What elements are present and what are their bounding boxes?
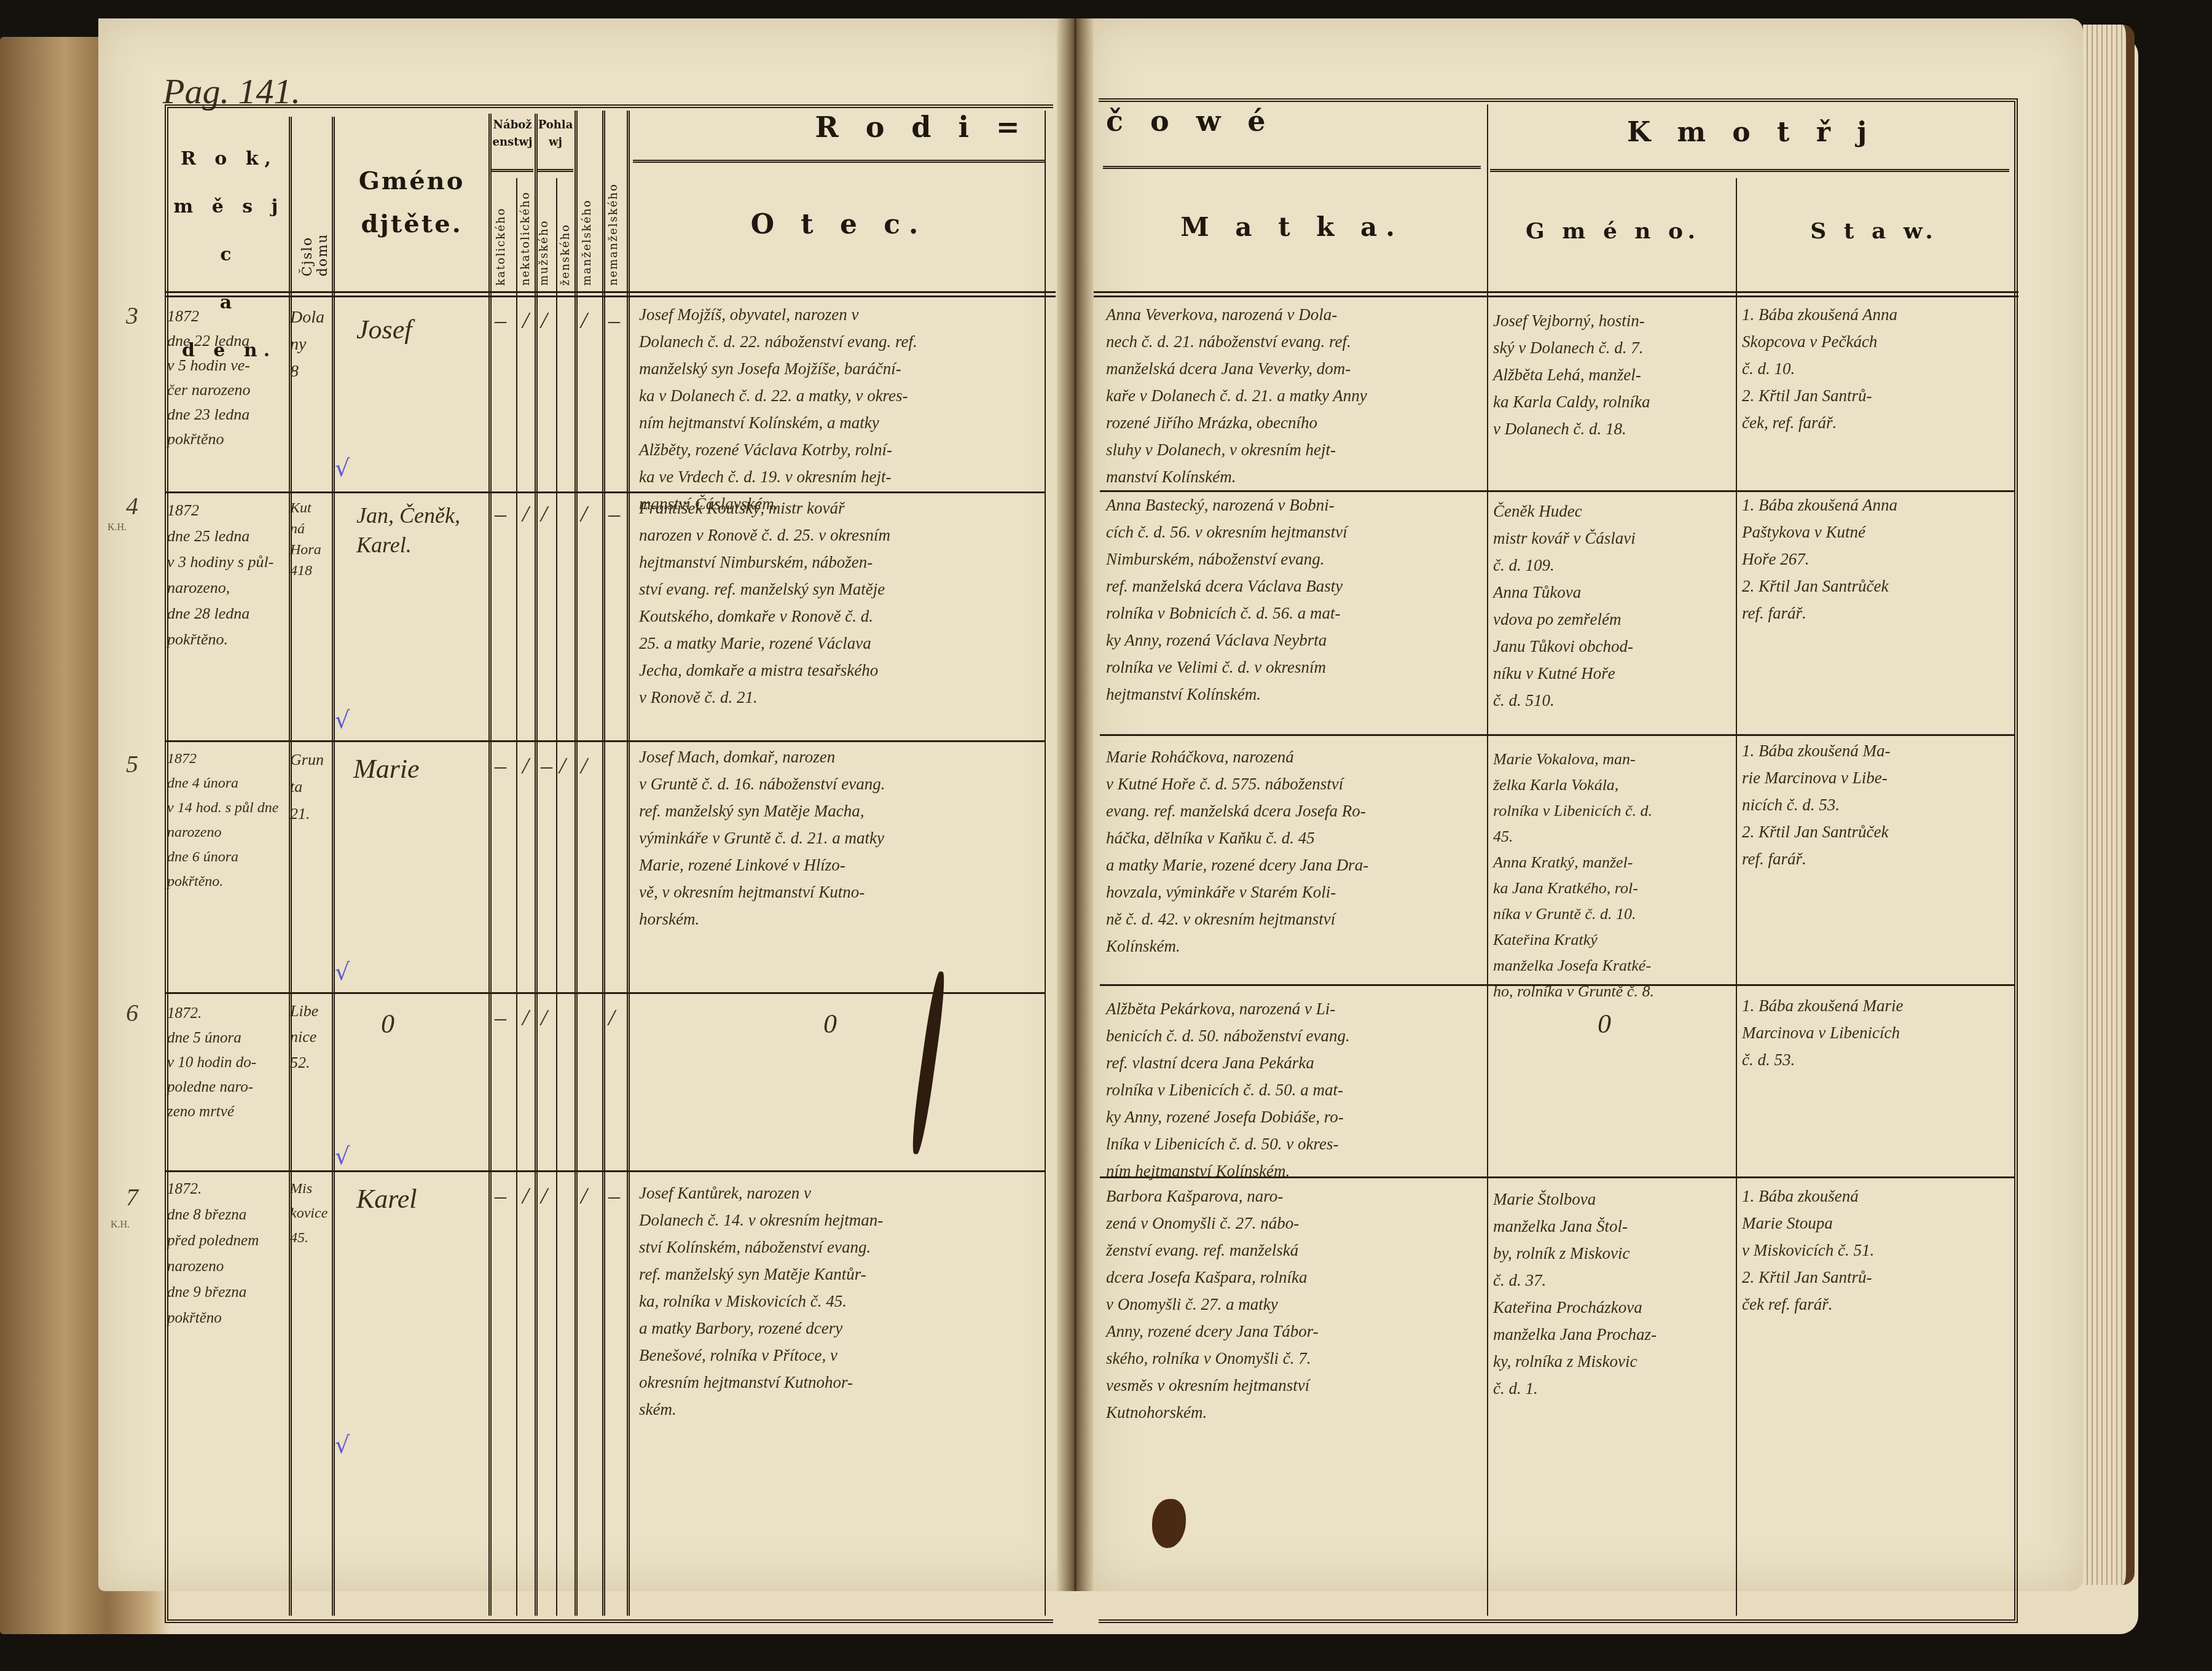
entry-house: Kut ná Hora 418 — [290, 498, 332, 581]
row-divider — [166, 1170, 1045, 1172]
pencil-check-icon: √ — [335, 1431, 350, 1458]
subheader-rule — [492, 169, 533, 172]
header-father: O t e c. — [633, 209, 1045, 240]
entry-number: 3 — [126, 301, 138, 330]
pencil-check-icon: √ — [335, 455, 350, 482]
entry-mother: Anna Veverkova, narozená v Dola- nech č.… — [1106, 301, 1487, 490]
col-rule — [1736, 178, 1737, 1616]
header-sex: Pohlawj — [538, 117, 573, 151]
entry-mark: / — [559, 753, 566, 780]
header-house-number: Čjslo domu — [300, 190, 331, 276]
header-mother: M a t k a. — [1103, 212, 1481, 242]
col-rule — [332, 117, 335, 1616]
entry-father: Josef Kantůrek, narozen v Dolanech č. 14… — [639, 1180, 1045, 1423]
entry-mark: – — [495, 307, 506, 334]
entry-margin-note: K.H. — [108, 522, 127, 533]
entry-godparent-status: 1. Bába zkoušená Marie Stoupa v Miskovic… — [1742, 1183, 2012, 1318]
entry-house: Grun ta 21. — [290, 746, 332, 828]
entry-mark: / — [541, 307, 547, 334]
header-catholic: katolického — [495, 184, 508, 286]
header-female: ženského — [559, 184, 572, 286]
entry-mother: Marie Roháčkova, narozená v Kutné Hoře č… — [1106, 743, 1487, 960]
entry-child-name: Josef — [356, 313, 485, 346]
row-divider — [1100, 734, 2015, 736]
col-rule — [1045, 111, 1046, 1616]
header-divider-right — [1094, 291, 2018, 297]
entry-date: 1872 dne 4 února v 14 hod. s půl dne nar… — [167, 746, 290, 894]
entry-mark: / — [522, 1183, 529, 1210]
entry-margin-note: K.H. — [111, 1219, 130, 1231]
book-fore-edge — [2083, 25, 2135, 1585]
header-line: Gméno — [338, 160, 485, 203]
entry-godparent-name: Marie Štolbova manželka Jana Štol- by, r… — [1493, 1186, 1736, 1402]
entry-mark: / — [581, 307, 587, 334]
book-gutter — [1057, 18, 1094, 1591]
entry-child-name: Jan, Čeněk, Karel. — [356, 501, 488, 560]
col-rule — [1487, 104, 1488, 1616]
entry-godparent-name: Marie Vokalova, man- želka Karla Vokála,… — [1493, 746, 1736, 1004]
entry-mark: / — [608, 1004, 615, 1031]
col-rule — [627, 111, 630, 1616]
header-godparent-status: S t a w. — [1739, 218, 2009, 244]
entry-godparent-name: Josef Vejborný, hostin- ský v Dolanech č… — [1493, 307, 1736, 442]
header-illegitimate: nemanželského — [607, 166, 620, 286]
entry-godparent-status: 1. Bába zkoušená Anna Skopcova v Pečkách… — [1742, 301, 2012, 436]
col-rule — [488, 114, 492, 1616]
entry-number: 5 — [126, 749, 138, 778]
entry-mother: Barbora Kašparova, naro- zená v Onomyšli… — [1106, 1183, 1487, 1426]
entry-mark: – — [608, 307, 620, 334]
entry-godparent-status: 1. Bába zkoušená Marie Marcinova v Liben… — [1742, 992, 2012, 1073]
entry-house: Libe nice 52. — [290, 998, 332, 1076]
header-godparents: K m o t ř j — [1490, 117, 2012, 148]
entry-mother: Anna Bastecký, narozená v Bobni- cích č.… — [1106, 491, 1487, 708]
col-rule — [535, 114, 538, 1616]
pencil-check-icon: √ — [335, 1143, 350, 1170]
entry-mark: / — [581, 1183, 587, 1210]
entry-godparent-status: 1. Bába zkoušená Anna Paštykova v Kutné … — [1742, 491, 2012, 627]
col-rule — [575, 111, 578, 1616]
entry-mark: / — [522, 1004, 529, 1031]
entry-date: 1872 dne 22 ledna v 5 hodin ve- čer naro… — [167, 304, 290, 452]
entry-godparent-status: 1. Bába zkoušená Ma- rie Marcinova v Lib… — [1742, 737, 2012, 872]
header-line: R o k, — [172, 135, 286, 183]
entry-mark: / — [522, 753, 529, 780]
entry-mark: / — [522, 501, 529, 528]
subheader-rule — [1490, 169, 2009, 172]
col-rule — [516, 178, 517, 1616]
entry-mark: / — [522, 307, 529, 334]
pencil-check-icon: √ — [335, 706, 350, 734]
entry-mother: Alžběta Pekárkova, narozená v Li- benicí… — [1106, 995, 1487, 1184]
entry-mark: / — [581, 753, 587, 780]
header-line: djtěte. — [338, 203, 485, 246]
entry-father: 0 — [823, 1008, 885, 1041]
header-male: mužského — [538, 184, 551, 286]
entry-godparent-name: 0 — [1598, 1008, 1659, 1041]
header-divider-left — [165, 291, 1056, 297]
entry-number: 6 — [126, 998, 138, 1027]
pencil-check-icon: √ — [335, 958, 350, 985]
entry-mark: – — [495, 1004, 506, 1031]
entry-date: 1872. dne 8 března před polednem narozen… — [167, 1176, 290, 1331]
header-religion: Náboženstwj — [492, 117, 533, 151]
entry-child-name: 0 — [381, 1008, 442, 1041]
entry-mark: / — [581, 501, 587, 528]
entry-child-name: Karel — [356, 1183, 485, 1216]
subheader-rule — [538, 169, 573, 172]
header-line: m ě s j c — [172, 183, 286, 279]
entry-house: Dola ny 8 — [290, 304, 332, 385]
entry-godparent-name: Čeněk Hudec mistr kovář v Čáslavi č. d. … — [1493, 498, 1736, 714]
subheader-rule — [633, 160, 1045, 163]
entry-mark: – — [608, 1183, 620, 1210]
entry-mark: – — [495, 753, 506, 780]
header-parents-left: R o d i = — [799, 111, 1045, 144]
subheader-rule — [1103, 166, 1481, 169]
row-divider — [166, 740, 1045, 742]
header-non-catholic: nekatolického — [519, 184, 532, 286]
entry-mark: / — [541, 1183, 547, 1210]
entry-father: Josef Mojžíš, obyvatel, narozen v Dolane… — [639, 301, 1045, 517]
entry-date: 1872. dne 5 února v 10 hodin do- poledne… — [167, 1001, 290, 1124]
entry-mark: – — [541, 753, 552, 780]
entry-house: Mis kovice 45. — [290, 1176, 332, 1250]
row-divider — [166, 992, 1045, 994]
col-rule — [556, 178, 557, 1616]
entry-number: 7 — [126, 1183, 138, 1211]
entry-mark: / — [541, 1004, 547, 1031]
header-parents-right: č o w é — [1106, 104, 1290, 138]
header-godparent-name: G m é n o. — [1490, 218, 1736, 244]
entry-mark: – — [495, 501, 506, 528]
entry-mark: – — [608, 501, 620, 528]
col-rule — [602, 111, 605, 1616]
header-child-name: Gméno djtěte. — [338, 160, 485, 246]
entry-date: 1872 dne 25 ledna v 3 hodiny s půl- naro… — [167, 498, 290, 652]
entry-mark: – — [495, 1183, 506, 1210]
entry-number: 4 — [126, 491, 138, 520]
header-legitimate: manželského — [581, 172, 594, 286]
entry-mark: / — [541, 501, 547, 528]
entry-father: František Koutský, mistr kovář narozen v… — [639, 495, 1045, 711]
entry-child-name: Marie — [353, 753, 485, 786]
entry-father: Josef Mach, domkař, narozen v Gruntě č. … — [639, 743, 1045, 933]
